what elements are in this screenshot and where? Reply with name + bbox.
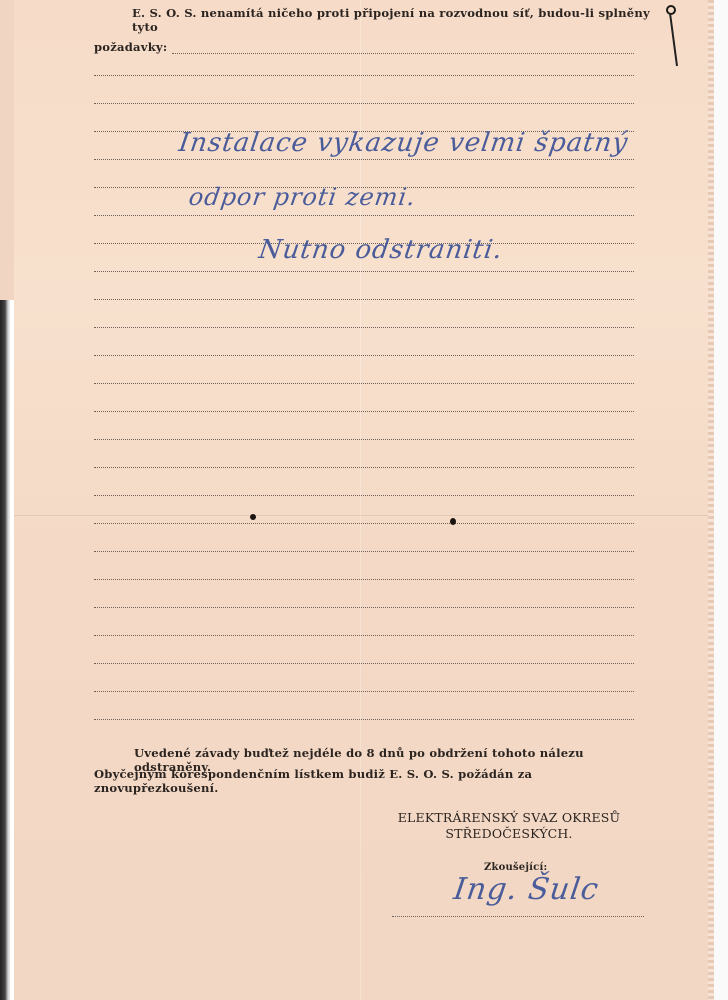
dotted-line [94,271,634,272]
dotted-line [94,299,634,300]
dotted-line [94,75,634,76]
scan-edge-shadow [0,300,10,1000]
ink-blot [250,514,256,520]
examiner-signature: Ing. Šulc [452,872,602,907]
dotted-line [94,719,634,720]
handwritten-note-line-2: odpor proti zemi. [187,183,418,211]
horizontal-fold [14,515,714,516]
requirements-label: požadavky: [94,40,167,54]
organization-name-line-1: ELEKTRÁRENSKÝ SVAZ OKRESŮ [394,810,624,825]
document-page: E. S. O. S. nenamítá ničeho proti připoj… [14,0,714,1000]
dotted-line [94,215,634,216]
dotted-line [94,635,634,636]
dotted-line [94,467,634,468]
dotted-line [94,663,634,664]
organization-name-line-2: STŘEDOČESKÝCH. [394,826,624,841]
handwritten-note-line-1: Instalace vykazuje velmi špatný [177,128,630,158]
dotted-line [94,579,634,580]
requirements-dotted-line [172,53,634,54]
dotted-line [94,159,634,160]
scan-background [714,0,728,1000]
dotted-line [94,411,634,412]
intro-line: E. S. O. S. nenamítá ničeho proti připoj… [132,6,672,34]
dotted-line [94,607,634,608]
dotted-line [94,523,634,524]
dotted-line [94,327,634,328]
dotted-line [94,691,634,692]
dotted-line [94,439,634,440]
closing-line-2: Obyčejným korespondenčním lístkem budiž … [94,767,654,795]
ink-blot [450,518,456,525]
staple-pin-icon [665,4,679,68]
dotted-line [94,383,634,384]
dotted-line [94,103,634,104]
handwritten-note-line-3: Nutno odstraniti. [257,235,505,265]
dotted-line [94,551,634,552]
dotted-line [94,495,634,496]
dotted-line [94,355,634,356]
signature-dotted-line [392,916,644,917]
